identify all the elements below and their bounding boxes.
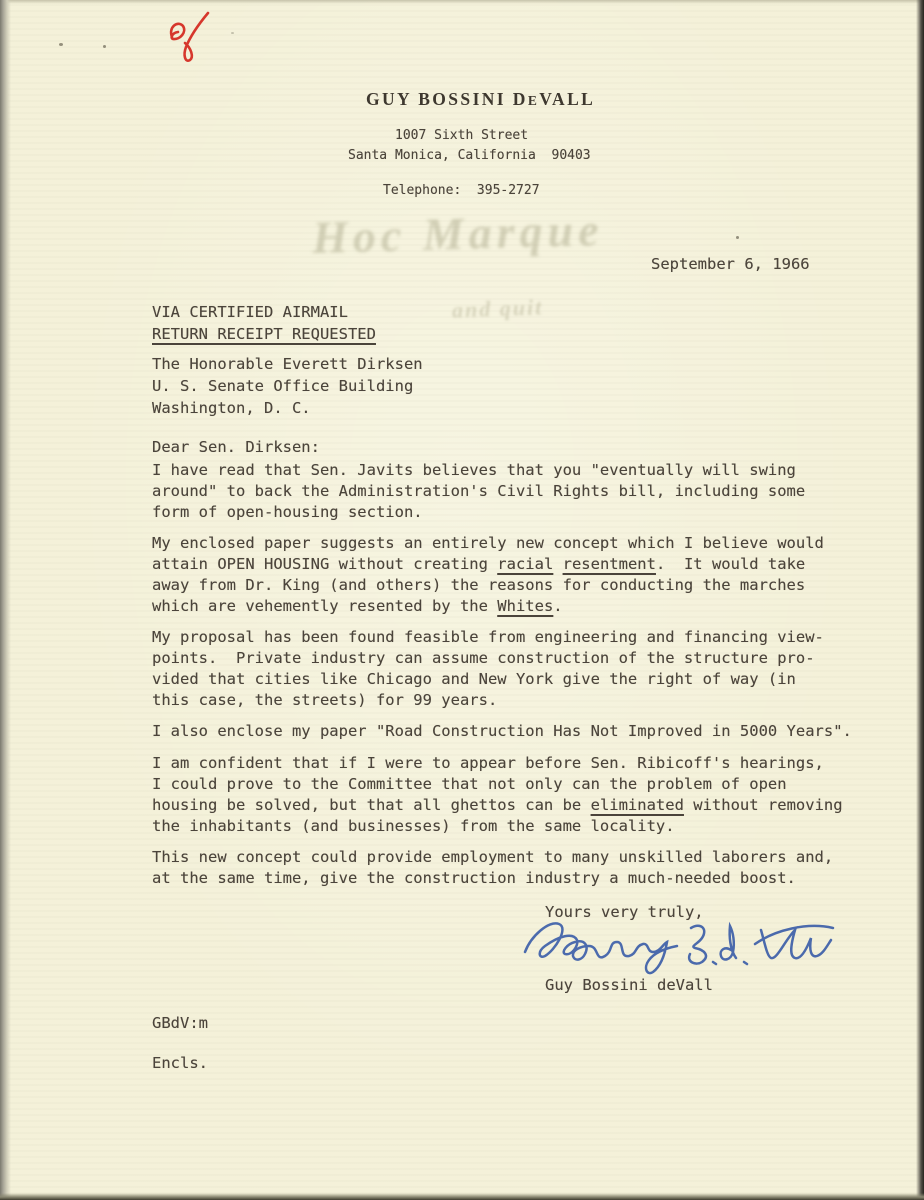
letterhead-address-line1: 1007 Sixth Street — [395, 129, 528, 142]
typed-line: My enclosed paper suggests an entirely n… — [152, 533, 882, 554]
typed-line: I could prove to the Committee that not … — [152, 774, 882, 795]
paragraph: My enclosed paper suggests an entirely n… — [152, 533, 882, 617]
typed-line: attain OPEN HOUSING without creating rac… — [152, 554, 882, 575]
paper-speck — [736, 236, 739, 239]
typed-line: vided that cities like Chicago and New Y… — [152, 669, 882, 690]
typed-line: around" to back the Administration's Civ… — [152, 481, 882, 502]
paragraph: I also enclose my paper "Road Constructi… — [152, 721, 882, 742]
paper-speck — [231, 32, 234, 34]
salutation: Dear Sen. Dirksen: — [152, 440, 320, 456]
paper-speck — [59, 43, 63, 46]
typed-line: I am confident that if I were to appear … — [152, 753, 882, 774]
typed-line: form of open-housing section. — [152, 502, 882, 523]
typed-line: RETURN RECEIPT REQUESTED — [152, 324, 376, 346]
paragraph: I have read that Sen. Javits believes th… — [152, 460, 882, 523]
typed-line: VIA CERTIFIED AIRMAIL — [152, 302, 376, 324]
scan-edge-left — [0, 0, 11, 1200]
date-line: September 6, 1966 — [651, 257, 810, 273]
letter-body: I have read that Sen. Javits believes th… — [152, 460, 882, 899]
typed-line: I have read that Sen. Javits believes th… — [152, 460, 882, 481]
reference-initials: GBdV:m — [152, 1016, 208, 1032]
paragraph: I am confident that if I were to appear … — [152, 753, 882, 837]
paragraph: This new concept could provide employmen… — [152, 847, 882, 889]
typed-line: away from Dr. King (and others) the reas… — [152, 575, 882, 596]
typed-line: U. S. Senate Office Building — [152, 376, 423, 398]
paper-speck — [103, 45, 106, 48]
bleed-through-watermark-secondary: and quit — [452, 294, 544, 323]
bleed-through-watermark: Hoc Marque — [311, 201, 672, 264]
scan-edge-right — [916, 0, 924, 1200]
typed-line: This new concept could provide employmen… — [152, 847, 882, 868]
scanned-letter-page: Hoc Marque and quit GUY BOSSINI DEVALL 1… — [0, 0, 924, 1200]
typed-line: The Honorable Everett Dirksen — [152, 354, 423, 376]
scan-edge-top — [0, 0, 924, 4]
typed-line: the inhabitants (and businesses) from th… — [152, 816, 882, 837]
typed-line: Washington, D. C. — [152, 398, 423, 420]
typed-signature-name: Guy Bossini deVall — [545, 978, 713, 994]
paragraph: My proposal has been found feasible from… — [152, 627, 882, 711]
letterhead-phone: Telephone: 395-2727 — [383, 184, 540, 197]
recipient-address: The Honorable Everett Dirksen U. S. Sena… — [152, 354, 423, 419]
typed-line: housing be solved, but that all ghettos … — [152, 795, 882, 816]
letterhead-name: GUY BOSSINI DEVALL — [366, 89, 595, 110]
letterhead-address-line2: Santa Monica, California 90403 — [348, 149, 591, 162]
typed-line: this case, the streets) for 99 years. — [152, 690, 882, 711]
handwritten-signature — [515, 906, 835, 978]
enclosure-notation: Encls. — [152, 1056, 208, 1072]
typed-line: My proposal has been found feasible from… — [152, 627, 882, 648]
mail-instructions: VIA CERTIFIED AIRMAIL RETURN RECEIPT REQ… — [152, 302, 376, 346]
typed-line: I also enclose my paper "Road Constructi… — [152, 721, 882, 742]
scan-edge-bottom — [0, 1193, 924, 1200]
typed-line: which are vehemently resented by the Whi… — [152, 596, 882, 617]
typed-line: points. Private industry can assume cons… — [152, 648, 882, 669]
typed-line: at the same time, give the construction … — [152, 868, 882, 889]
red-pencil-mark — [140, 5, 250, 75]
